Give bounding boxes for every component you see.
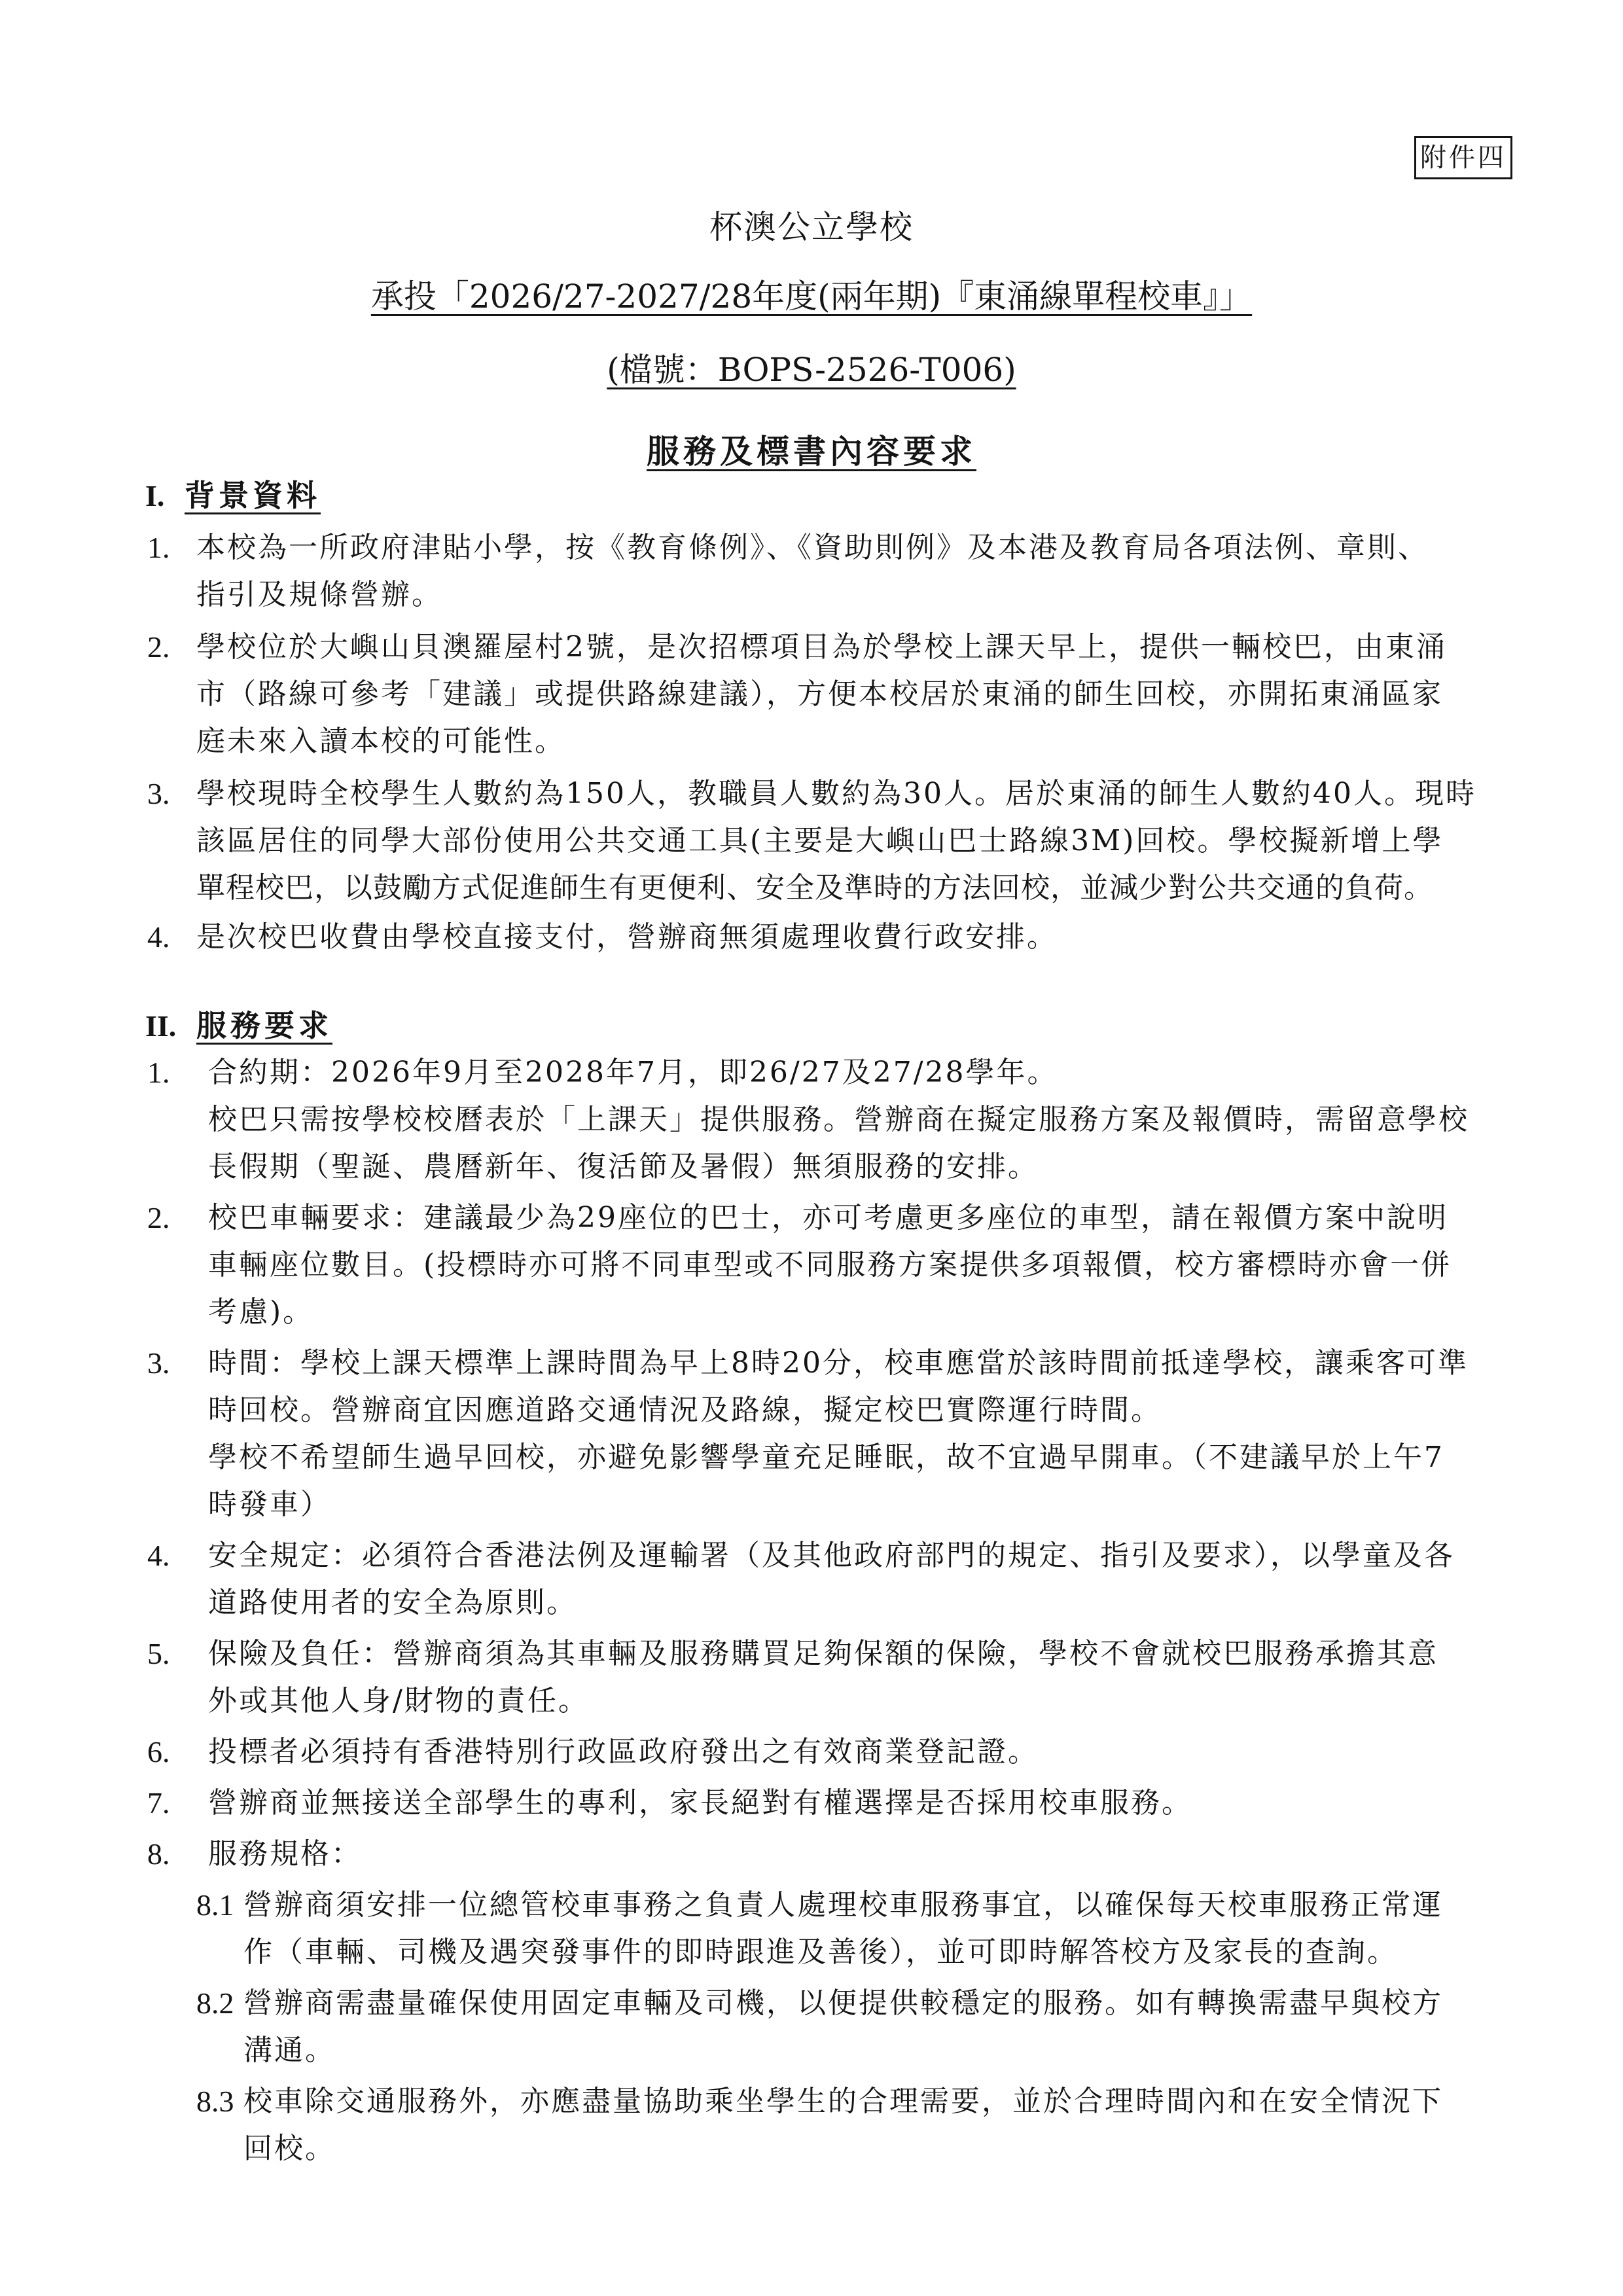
item-number: 8.	[147, 1833, 170, 1875]
tender-title-text: 承投「2026/27-2027/28年度(兩年期)『東涌線單程校車』」	[371, 278, 1252, 315]
item-line: 單程校巴，以鼓勵方式促進師生有更便利、安全及準時的方法回校，並減少對公共交通的負…	[196, 867, 1433, 909]
item-number: 3.	[147, 1342, 170, 1384]
item-line: 長假期（聖誕、農曆新年、復活節及暑假）無須服務的安排。	[208, 1146, 1039, 1188]
subitem-line: 溝通。	[243, 2030, 336, 2072]
section-title: 服務要求	[196, 1008, 332, 1043]
school-name: 杯澳公立學校	[0, 204, 1623, 250]
item-number: 1.	[147, 1052, 170, 1094]
file-number: (檔號：BOPS-2526-T006)	[0, 347, 1623, 393]
item-line: 車輛座位數目。(投標時亦可將不同車型或不同服務方案提供多項報價，校方審標時亦會一…	[208, 1244, 1452, 1286]
item-number: 2.	[147, 626, 170, 668]
file-number-text: (檔號：BOPS-2526-T006)	[607, 351, 1016, 389]
item-line: 指引及規條營辦。	[196, 574, 442, 616]
item-line: 該區居住的同學大部份使用公共交通工具(主要是大嶼山巴士路線3M)回校。學校擬新增…	[196, 820, 1443, 862]
item-line: 外或其他人身/財物的責任。	[208, 1680, 589, 1722]
subitem-line: 營辦商須安排一位總管校車事務之負責人處理校車服務事宜，以確保每天校車服務正常運	[243, 1884, 1443, 1926]
subitem-line: 營辦商需盡量確保使用固定車輛及司機，以便提供較穩定的服務。如有轉換需盡早與校方	[243, 1982, 1443, 2024]
item-number: 1.	[147, 527, 170, 569]
item-number: 7.	[147, 1782, 170, 1824]
section-title: 背景資料	[185, 478, 321, 513]
item-number: 2.	[147, 1197, 170, 1239]
annex-label: 附件四	[1414, 136, 1512, 179]
document-title-text: 服務及標書內容要求	[647, 432, 976, 471]
item-line: 是次校巴收費由學校直接支付，營辦商無須處理收費行政安排。	[196, 916, 1058, 958]
tender-title: 承投「2026/27-2027/28年度(兩年期)『東涌線單程校車』」	[0, 274, 1623, 319]
item-line: 服務規格：	[208, 1833, 362, 1875]
item-line: 時間：學校上課天標準上課時間為早上8時20分，校車應當於該時間前抵達學校，讓乘客…	[208, 1342, 1469, 1384]
item-line: 保險及負任：營辦商須為其車輛及服務購買足夠保額的保險，學校不會就校巴服務承擔其意	[208, 1633, 1438, 1675]
subitem-number: 8.3	[196, 2081, 234, 2123]
section-number: II.	[145, 1005, 196, 1047]
item-number: 4.	[147, 916, 170, 958]
item-line: 道路使用者的安全為原則。	[208, 1582, 577, 1624]
subitem-line: 校車除交通服務外，亦應盡量協助乘坐學生的合理需要，並於合理時間內和在安全情況下	[243, 2081, 1443, 2123]
item-number: 4.	[147, 1535, 170, 1577]
item-line: 學校不希望師生過早回校，亦避免影響學童充足睡眠，故不宜過早開車。（不建議早於上午…	[208, 1437, 1444, 1479]
item-line: 市（路線可參考「建議」或提供路線建議），方便本校居於東涌的師生回校，亦開拓東涌區…	[196, 673, 1443, 715]
item-line: 考慮)。	[208, 1291, 313, 1333]
item-line: 本校為一所政府津貼小學，按《教育條例》、《資助則例》及本港及教育局各項法例、章則…	[196, 527, 1429, 569]
subitem-number: 8.2	[196, 1982, 234, 2024]
document-title: 服務及標書內容要求	[0, 429, 1623, 475]
subitem-line: 回校。	[243, 2128, 336, 2170]
item-line: 庭未來入讀本校的可能性。	[196, 721, 565, 762]
item-number: 6.	[147, 1731, 170, 1773]
item-number: 3.	[147, 773, 170, 815]
item-line: 學校現時全校學生人數約為150人，教職員人數約為30人。居於東涌的師生人數約40…	[196, 773, 1476, 815]
section-heading-services: II.服務要求	[145, 1005, 332, 1047]
item-line: 合約期：2026年9月至2028年7月，即26/27及27/28學年。	[208, 1052, 1058, 1094]
item-line: 安全規定：必須符合香港法例及運輸署（及其他政府部門的規定、指引及要求），以學童及…	[208, 1535, 1455, 1577]
item-line: 時回校。營辦商宜因應道路交通情況及路線，擬定校巴實際運行時間。	[208, 1390, 1162, 1431]
item-line: 校巴車輛要求：建議最少為29座位的巴士，亦可考慮更多座位的車型，請在報價方案中說…	[208, 1197, 1448, 1239]
item-line: 投標者必須持有香港特別行政區政府發出之有效商業登記證。	[208, 1731, 1039, 1773]
item-number: 5.	[147, 1633, 170, 1675]
section-number: I.	[145, 475, 185, 517]
subitem-number: 8.1	[196, 1884, 234, 1926]
item-line: 學校位於大嶼山貝澳羅屋村2號，是次招標項目為於學校上課天早上，提供一輛校巴，由東…	[196, 626, 1447, 668]
section-heading-background: I.背景資料	[145, 475, 321, 517]
subitem-line: 作（車輛、司機及遇突發事件的即時跟進及善後），並可即時解答校方及家長的查詢。	[243, 1931, 1398, 1973]
item-line: 時發車）	[208, 1484, 331, 1526]
item-line: 校巴只需按學校校曆表於「上課天」提供服務。營辦商在擬定服務方案及報價時，需留意學…	[208, 1099, 1469, 1141]
item-line: 營辦商並無接送全部學生的專利，家長絕對有權選擇是否採用校車服務。	[208, 1782, 1192, 1824]
